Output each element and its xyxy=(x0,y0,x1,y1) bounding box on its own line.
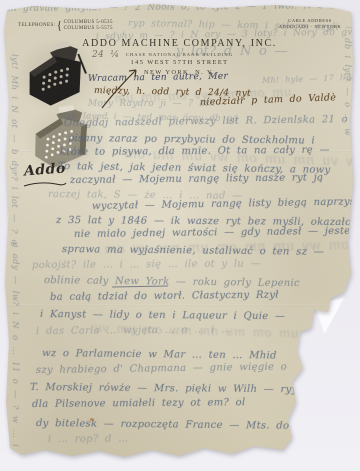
handwritten-line: wz o Parlamencie w Mar … ten … Mhid xyxy=(42,348,277,361)
handwritten-line: dy bitelesk — rozpoczęta France — Mts. d… xyxy=(36,418,336,432)
margin-vertical-writing: lyt! Mh i N ot — b dyr? i lot — ? o xyxy=(9,54,19,245)
handwritten-line: i das Carla … wyjęta … o … i … xyxy=(36,324,231,337)
handwritten-line: T. Morskiej rówże — Mrs. pięki w Wilh — … xyxy=(30,382,301,395)
letterhead-telephones: TELEPHONES: { COLUMBUS 5-0535 COLUMBUS 5… xyxy=(18,18,113,33)
handwritten-line: które to pisywa, dla mnie. Ot ta na cały… xyxy=(60,145,330,158)
handwritten-line: dla Pilsenove umiałeli tezy ot em? ol xyxy=(32,397,246,410)
pencil-note: 24 ¼ xyxy=(92,50,119,60)
telephones-label: TELEPHONES: xyxy=(18,23,55,28)
letter-paper: um om mu wv om nm um om um mw vu nm um o… xyxy=(4,2,355,462)
annotation-line: Mory Raydro ji — ? ath xyxy=(88,99,215,109)
handwritten-line: szy hrabiego d' Chapmana — gnie więgie o xyxy=(36,361,287,376)
handwritten-line: i … rop? d … xyxy=(48,433,129,445)
handwritten-line: oblinie cały New York — roku gorly Lepen… xyxy=(44,275,300,289)
handwritten-line: sprawa ma wyjaśnienie, ustaliwać o ten s… xyxy=(62,244,324,258)
brace-glyph: { xyxy=(56,18,62,33)
handwritten-underline xyxy=(112,276,168,288)
handwritten-line: ba całą tdział do wtorł. Cłastyczny Rzył xyxy=(50,290,279,303)
scan-background: um om mu wv om nm um om um mw vu nm um o… xyxy=(0,0,360,471)
handwritten-line: pokojśt? ile … i … się … ile ot y lu — xyxy=(32,258,261,271)
handwritten-line: i Kanyst — lidy o ten i Laqueur i Quie — xyxy=(40,309,285,322)
handwritten-line: y lot? d N o — xyxy=(176,44,288,59)
telephone-number: COLUMBUS 5-5575 xyxy=(64,26,113,32)
margin-vertical-writing: g ady — lw? i N o … 11 o — ? w … i xyxy=(10,242,20,447)
handwritten-line: zaczynał — Mojemu rangę listy nasze ryt … xyxy=(70,172,323,186)
adding-machine-illustration-dark xyxy=(19,39,94,111)
annotation-line: Wracam na ten autre, Mer xyxy=(88,72,228,84)
handwritten-line: m gravale ghlyhd! — ? 2 Nools o, to lyle… xyxy=(8,1,351,14)
paper-shadow-wrap: um om mu wv om nm um om um mw vu nm um o… xyxy=(0,0,360,471)
paper-crease xyxy=(4,304,355,306)
margin-vertical-writing: db i lyt? — o … w xyxy=(342,38,352,136)
